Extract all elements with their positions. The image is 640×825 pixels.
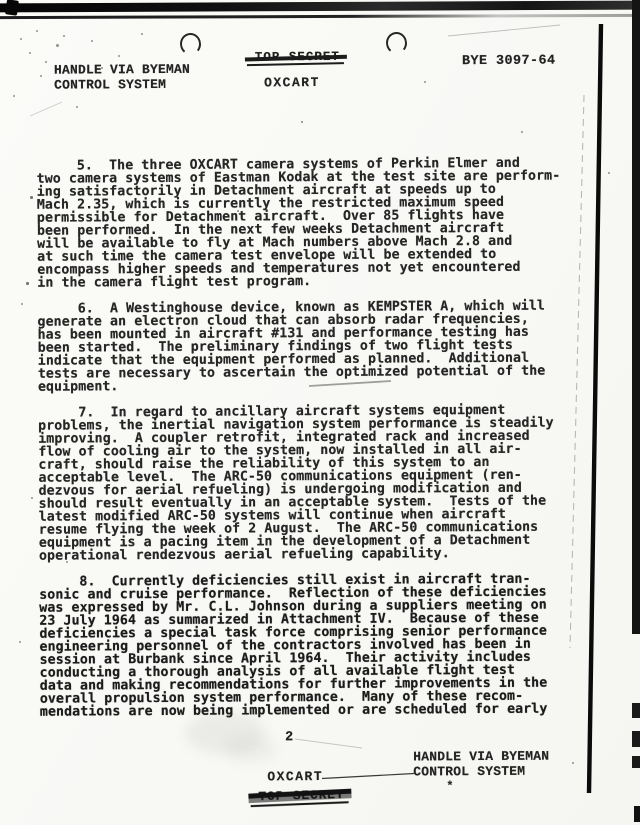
classification-struck-text: TOP SECRET	[256, 787, 346, 804]
header-codeword: OXCART	[264, 75, 320, 90]
footer-classification-stamp: TOP SECRET	[256, 787, 346, 804]
paragraph-8: 8. Currently deficiencies still exist in…	[39, 572, 563, 719]
classification-struck-text: TOP SECRET	[253, 50, 342, 65]
footer-footnote-mark: *	[446, 779, 453, 793]
paragraph-6: 6. A Westinghouse device, known as KEMPS…	[37, 299, 561, 394]
scanned-content-layer: HANDLE VIA BYEMAN CONTROL SYSTEM TOP SEC…	[0, 0, 640, 825]
header-classification-banner: TOP SECRET	[253, 50, 342, 65]
paragraph-7: 7. In regard to ancillary aircraft syste…	[38, 403, 563, 563]
header-control-number: BYE 3097-64	[462, 54, 556, 70]
document-body: 5. The three OXCART camera systems of Pe…	[37, 157, 564, 732]
document-page: HANDLE VIA BYEMAN CONTROL SYSTEM TOP SEC…	[0, 0, 640, 825]
footer-codeword: OXCART	[267, 769, 323, 784]
paragraph-5: 5. The three OXCART camera systems of Pe…	[37, 157, 561, 291]
page-number: 2	[285, 730, 293, 745]
header-handling-caveat: HANDLE VIA BYEMAN CONTROL SYSTEM	[54, 63, 190, 93]
footer-handling-caveat: HANDLE VIA BYEMAN CONTROL SYSTEM	[413, 749, 549, 780]
